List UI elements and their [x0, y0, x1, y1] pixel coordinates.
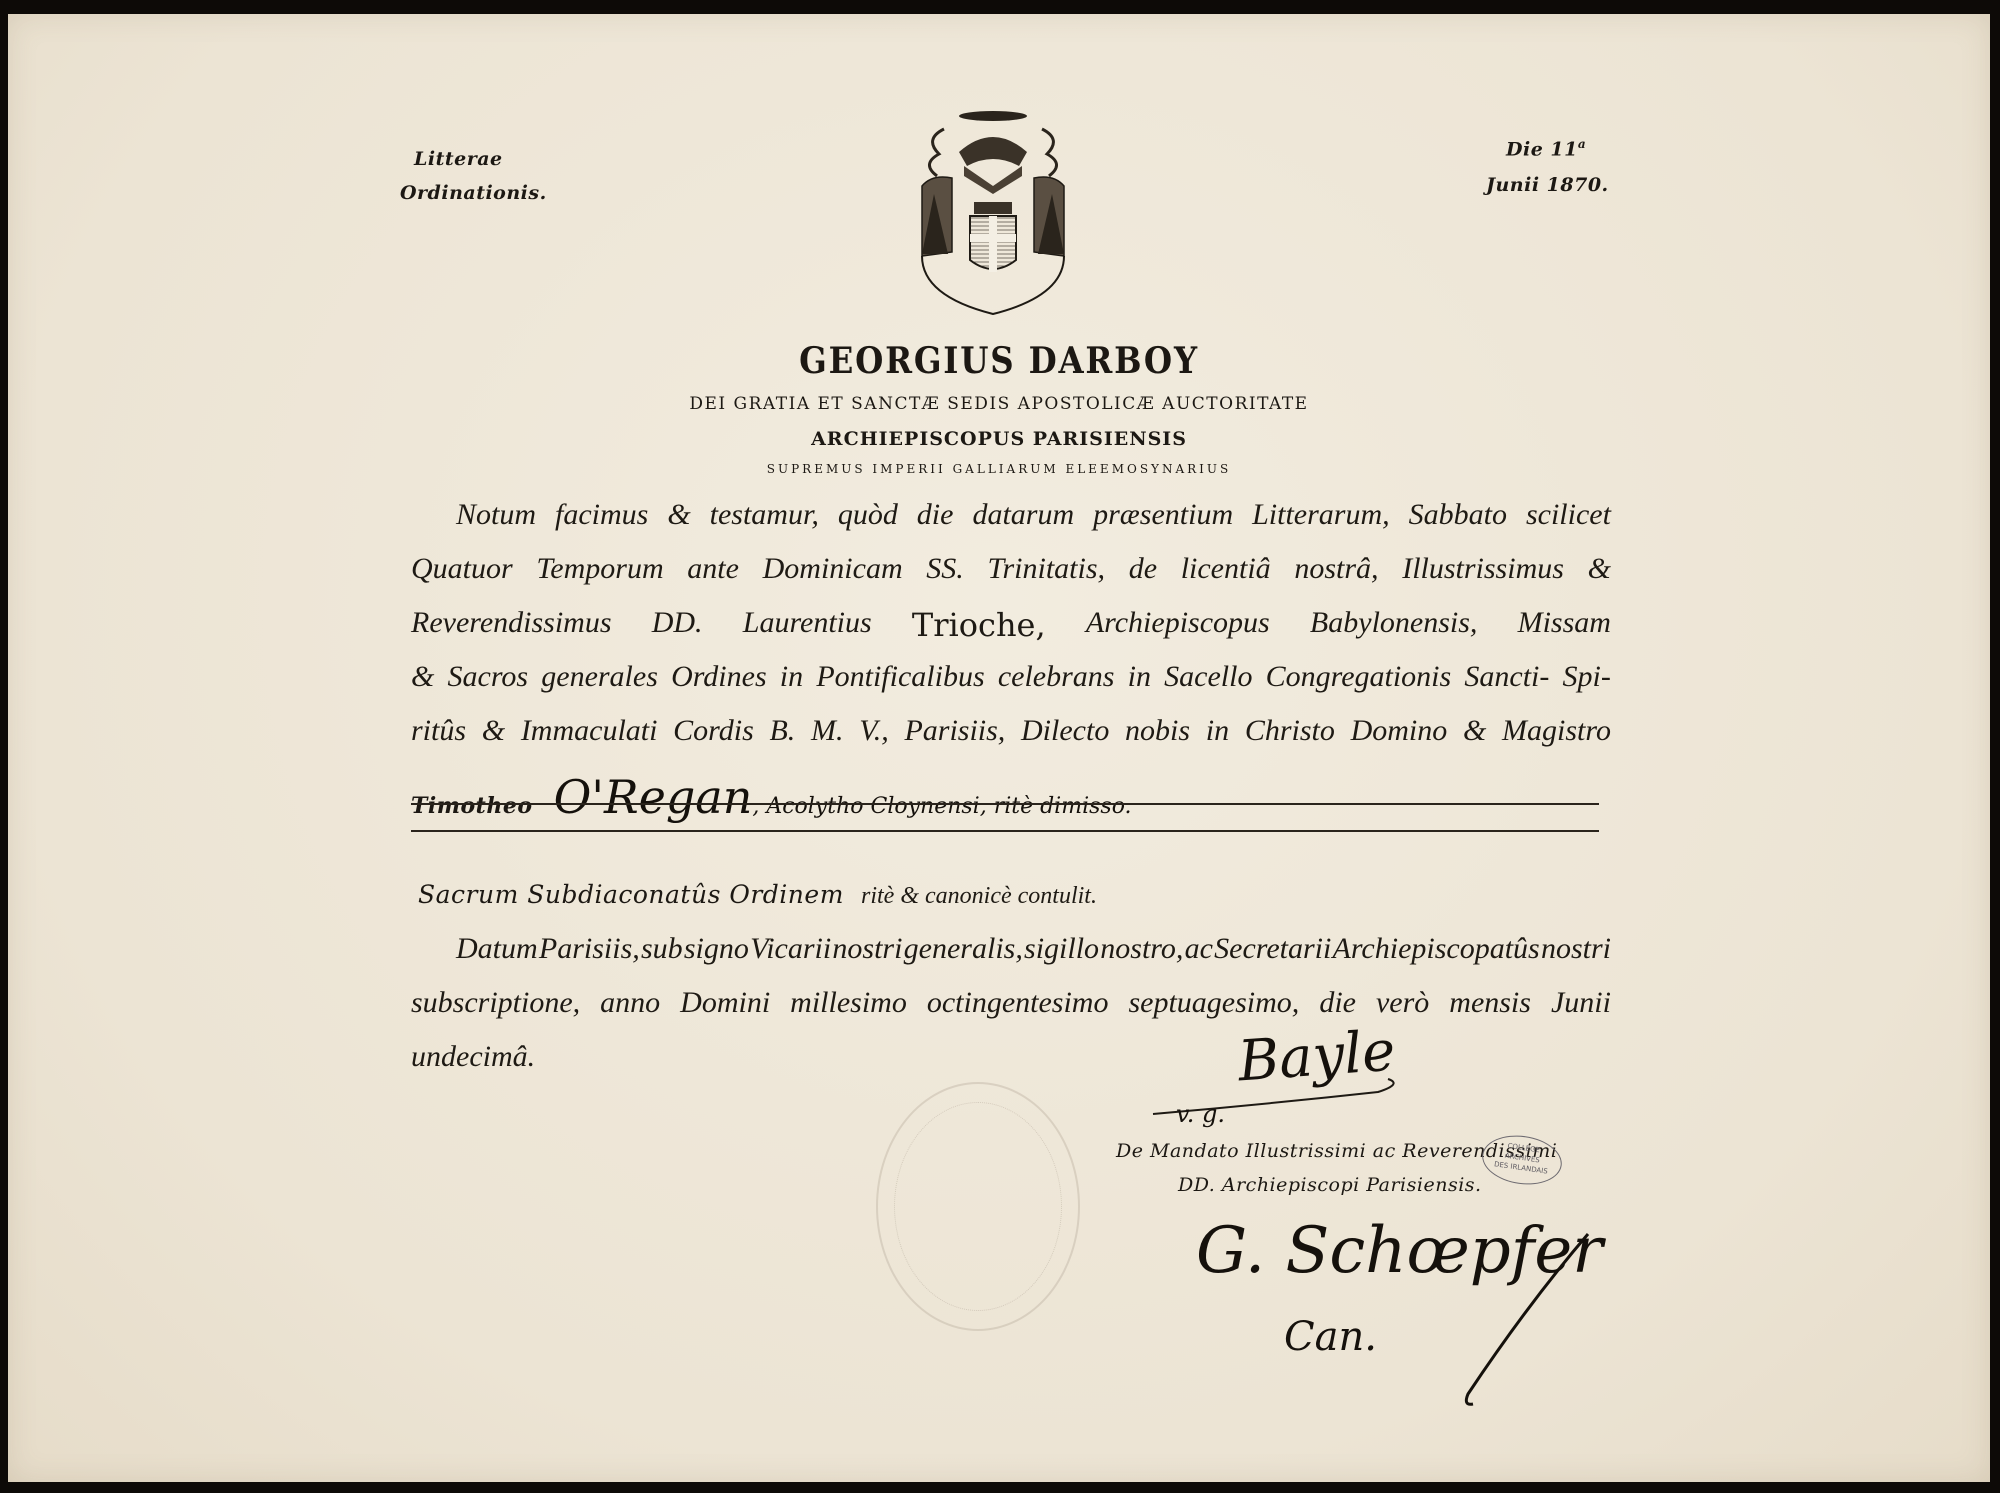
body-word: facimus: [555, 498, 648, 532]
order-conferred-text: ritè & canonicè contulit.: [861, 883, 1097, 909]
body-word: nostri: [1541, 932, 1611, 966]
title-line-2: ARCHIEPISCOPUS PARISIENSIS: [8, 428, 1990, 450]
body-word: Secretarii: [1214, 932, 1331, 966]
fill-in-rule-2: [411, 830, 1599, 832]
body-word: Babylonensis,: [1310, 606, 1477, 644]
day-number: 11: [1550, 138, 1577, 160]
body-word: ante: [687, 552, 739, 586]
body-word: &: [482, 714, 505, 748]
body-word: Sancti-: [1464, 660, 1549, 694]
fill-in-rule-1: [411, 803, 1599, 805]
body-line-3: ReverendissimusDD.LaurentiusTrioche,Arch…: [411, 606, 1611, 644]
body-word: in: [780, 660, 803, 694]
order-line: Sacrum Subdiaconatûs Ordinem ritè & cano…: [418, 880, 1097, 910]
body-word: Sabbato: [1409, 498, 1507, 532]
coat-of-arms-icon: [904, 104, 1082, 322]
body-word: licentiâ: [1181, 552, 1271, 586]
body-word: Vicarii: [750, 932, 831, 966]
body-word: Illustrissimus: [1402, 552, 1564, 586]
body-word: Laurentius: [743, 606, 872, 644]
recipient-prefix: Timotheo: [411, 793, 533, 819]
body-word: B.: [769, 714, 795, 748]
body-word: Archiepiscopus: [1086, 606, 1270, 644]
body-word: signo: [684, 932, 749, 966]
recipient-name: O'Regan: [554, 770, 753, 824]
datum-line-1: DatumParisiis,subsignoVicariinostrigener…: [411, 932, 1611, 966]
body-word: Reverendissimus: [411, 606, 612, 644]
body-word: die: [1319, 986, 1356, 1020]
ordinationis-label: Ordinationis.: [400, 176, 547, 210]
datum-line-2: subscriptione,annoDominimillesimooctinge…: [411, 986, 1611, 1020]
vicar-title: v. g.: [1176, 1100, 1225, 1128]
litterae-label: Litterae: [400, 142, 547, 176]
body-word: in: [1206, 714, 1229, 748]
body-word: testamur,: [710, 498, 819, 532]
body-word: Quatuor: [411, 552, 513, 586]
body-word: Sacros: [448, 660, 529, 694]
body-word: Magistro: [1502, 714, 1611, 748]
body-word: DD.: [652, 606, 703, 644]
body-word: Parisiis,: [539, 932, 640, 966]
right-header-date: Die 11a Junii 1870.: [1486, 126, 1609, 203]
body-word: Dilecto: [1021, 714, 1109, 748]
recipient-line: Timotheo O'Regan, Acolytho Cloynensi, ri…: [411, 770, 1132, 824]
body-word: &: [1463, 714, 1486, 748]
body-word: Trioche,: [912, 606, 1046, 644]
body-word: nostrâ,: [1294, 552, 1378, 586]
body-line-4: &SacrosgeneralesOrdinesinPontificalibusc…: [411, 660, 1611, 694]
body-word: Temporum: [536, 552, 663, 586]
body-word: generales: [541, 660, 658, 694]
body-word: Litterarum,: [1252, 498, 1390, 532]
body-word: Datum: [456, 932, 538, 966]
body-word: præsentium: [1093, 498, 1233, 532]
datum-end: undecimâ.: [411, 1040, 535, 1074]
body-word: &: [411, 660, 434, 694]
day-suffix: a: [1578, 137, 1586, 151]
body-word: sigillo: [1024, 932, 1099, 966]
body-word: Notum: [456, 498, 536, 532]
body-word: Archiepiscopatûs: [1333, 932, 1540, 966]
body-word: in: [1128, 660, 1151, 694]
body-word: die: [917, 498, 954, 532]
body-word: sub: [641, 932, 683, 966]
body-word: Parisiis,: [904, 714, 1005, 748]
body-word: Cordis: [673, 714, 754, 748]
body-word: generalis,: [904, 932, 1023, 966]
body-word: anno: [600, 986, 660, 1020]
body-word: scilicet: [1526, 498, 1611, 532]
embossed-seal-icon: [876, 1082, 1080, 1331]
body-word: millesimo: [790, 986, 907, 1020]
body-word: SS.: [926, 552, 964, 586]
body-word: mensis: [1449, 986, 1531, 1020]
body-word: Dominicam: [763, 552, 903, 586]
body-word: octingentesimo: [927, 986, 1109, 1020]
archbishop-name: GEORGIUS DARBOY: [107, 340, 1891, 382]
body-word: ac: [1185, 932, 1213, 966]
body-word: ritûs: [411, 714, 466, 748]
body-word: M.: [811, 714, 844, 748]
title-line-1: DEI GRATIA ET SANCTÆ SEDIS APOSTOLICÆ AU…: [8, 394, 1990, 414]
body-word: Spi-: [1563, 660, 1611, 694]
body-word: &: [667, 498, 690, 532]
ordination-certificate: Litterae Ordinationis. Die 11a Junii 187…: [8, 14, 1990, 1482]
secretary-title: Can.: [1284, 1314, 1377, 1360]
signature-stroke-icon: [1428, 1224, 1608, 1414]
left-header-note: Litterae Ordinationis.: [400, 142, 547, 210]
title-line-3: SUPREMUS IMPERII GALLIARUM ELEEMOSYNARIU…: [8, 462, 1990, 476]
body-word: datarum: [972, 498, 1074, 532]
body-word: Junii: [1551, 986, 1611, 1020]
body-word: &: [1588, 552, 1611, 586]
body-word: Christo: [1245, 714, 1335, 748]
body-word: nostro,: [1100, 932, 1183, 966]
mandate-line-2: DD. Archiepiscopi Parisiensis.: [1178, 1174, 1482, 1196]
body-word: Pontificalibus: [816, 660, 984, 694]
body-word: quòd: [838, 498, 898, 532]
body-word: septuagesimo,: [1128, 986, 1299, 1020]
body-word: Congregationis: [1266, 660, 1452, 694]
body-word: nostri: [832, 932, 902, 966]
body-word: Sacello: [1164, 660, 1252, 694]
body-line-5: ritûs&ImmaculatiCordisB.M.V.,Parisiis,Di…: [411, 714, 1611, 748]
body-word: subscriptione,: [411, 986, 580, 1020]
body-line-1: Notumfacimus&testamur,quòddiedatarumpræs…: [411, 498, 1611, 532]
body-word: Trinitatis,: [987, 552, 1105, 586]
body-word: nobis: [1125, 714, 1190, 748]
body-line-2: QuatuorTemporumanteDominicamSS.Trinitati…: [411, 552, 1611, 586]
body-word: Domini: [680, 986, 770, 1020]
order-name: Sacrum Subdiaconatûs Ordinem: [418, 880, 844, 909]
body-word: Missam: [1518, 606, 1611, 644]
body-word: V.,: [859, 714, 888, 748]
body-word: Domino: [1351, 714, 1448, 748]
die-label: Die: [1506, 138, 1543, 160]
body-word: Immaculati: [521, 714, 658, 748]
body-word: Ordines: [671, 660, 767, 694]
body-word: celebrans: [998, 660, 1115, 694]
recipient-details: , Acolytho Cloynensi, ritè dimisso.: [752, 794, 1131, 819]
month-year: Junii 1870.: [1486, 167, 1609, 203]
body-word: de: [1129, 552, 1157, 586]
body-word: verò: [1376, 986, 1429, 1020]
